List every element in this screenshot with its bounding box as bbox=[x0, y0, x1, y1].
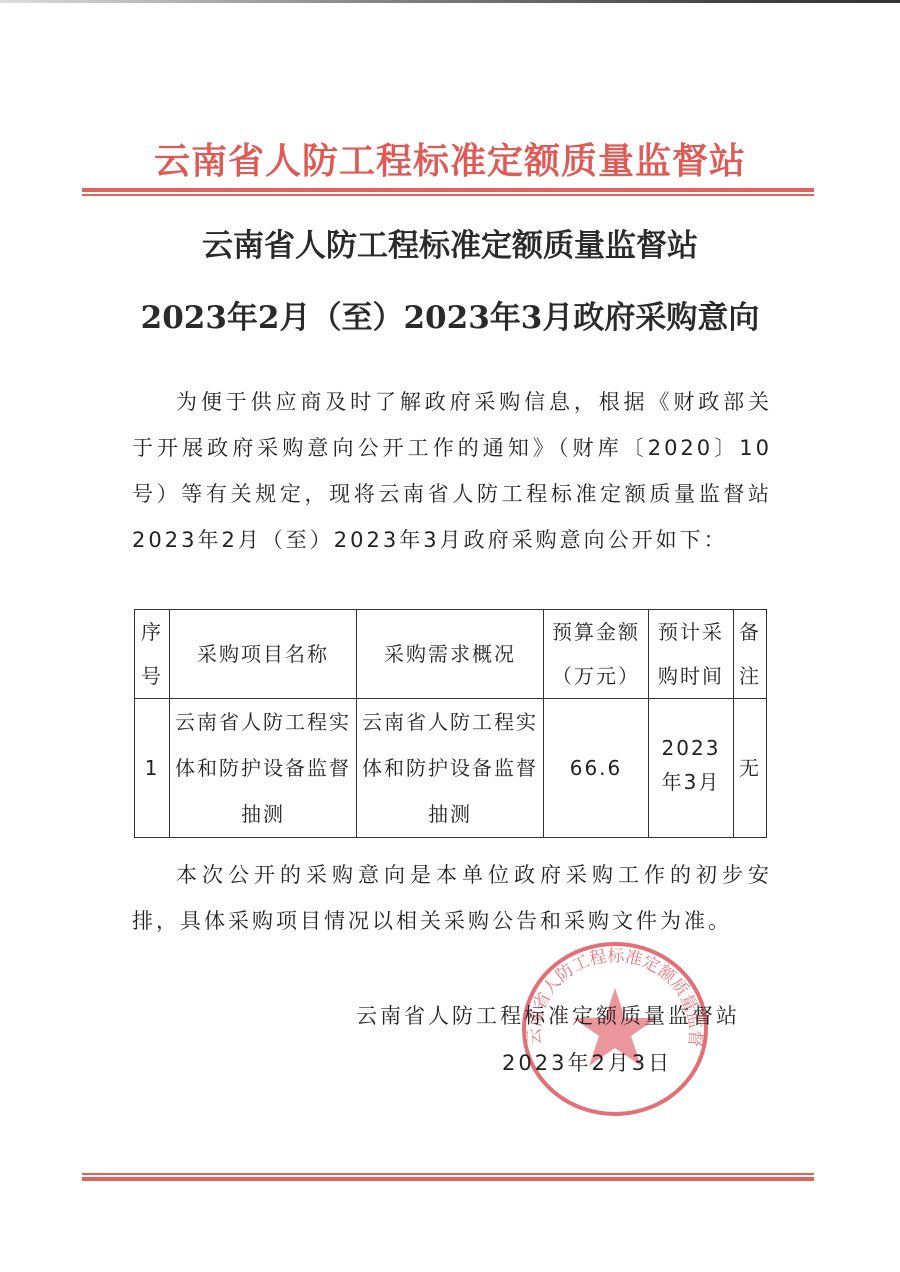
header-project-name: 采购项目名称 bbox=[170, 610, 357, 699]
cell-index: 1 bbox=[135, 699, 170, 838]
masthead-divider bbox=[82, 188, 814, 196]
masthead-org-name: 云南省人防工程标准定额质量监督站 bbox=[0, 133, 900, 184]
signature-org: 云南省人防工程标准定额质量监督站 bbox=[356, 1000, 740, 1030]
document-title-line2: 2023年2月（至）2023年3月政府采购意向 bbox=[0, 292, 900, 337]
footer-divider bbox=[82, 1173, 814, 1181]
cell-requirements: 云南省人防工程实体和防护设备监督抽测 bbox=[357, 699, 544, 838]
cell-time: 2023年3月 bbox=[649, 699, 734, 838]
cell-project-name: 云南省人防工程实体和防护设备监督抽测 bbox=[170, 699, 357, 838]
table-row: 1 云南省人防工程实体和防护设备监督抽测 云南省人防工程实体和防护设备监督抽测 … bbox=[135, 699, 767, 838]
table-header-row: 序号 采购项目名称 采购需求概况 预算金额（万元） 预计采购时间 备注 bbox=[135, 610, 767, 699]
procurement-table: 序号 采购项目名称 采购需求概况 预算金额（万元） 预计采购时间 备注 1 云南… bbox=[134, 609, 767, 838]
document-title-line1: 云南省人防工程标准定额质量监督站 bbox=[0, 220, 900, 265]
cell-remark: 无 bbox=[734, 699, 767, 838]
header-index: 序号 bbox=[135, 610, 170, 699]
header-remark: 备注 bbox=[734, 610, 767, 699]
header-time: 预计采购时间 bbox=[649, 610, 734, 699]
closing-paragraph: 本次公开的采购意向是本单位政府采购工作的初步安排，具体采购项目情况以相关采购公告… bbox=[132, 852, 772, 944]
cell-budget: 66.6 bbox=[544, 699, 649, 838]
header-requirements: 采购需求概况 bbox=[357, 610, 544, 699]
header-budget: 预算金额（万元） bbox=[544, 610, 649, 699]
signature-date: 2023年2月3日 bbox=[502, 1047, 672, 1077]
scan-edge bbox=[0, 0, 900, 3]
intro-paragraph: 为便于供应商及时了解政府采购信息，根据《财政部关于开展政府采购意向公开工作的通知… bbox=[132, 379, 772, 563]
